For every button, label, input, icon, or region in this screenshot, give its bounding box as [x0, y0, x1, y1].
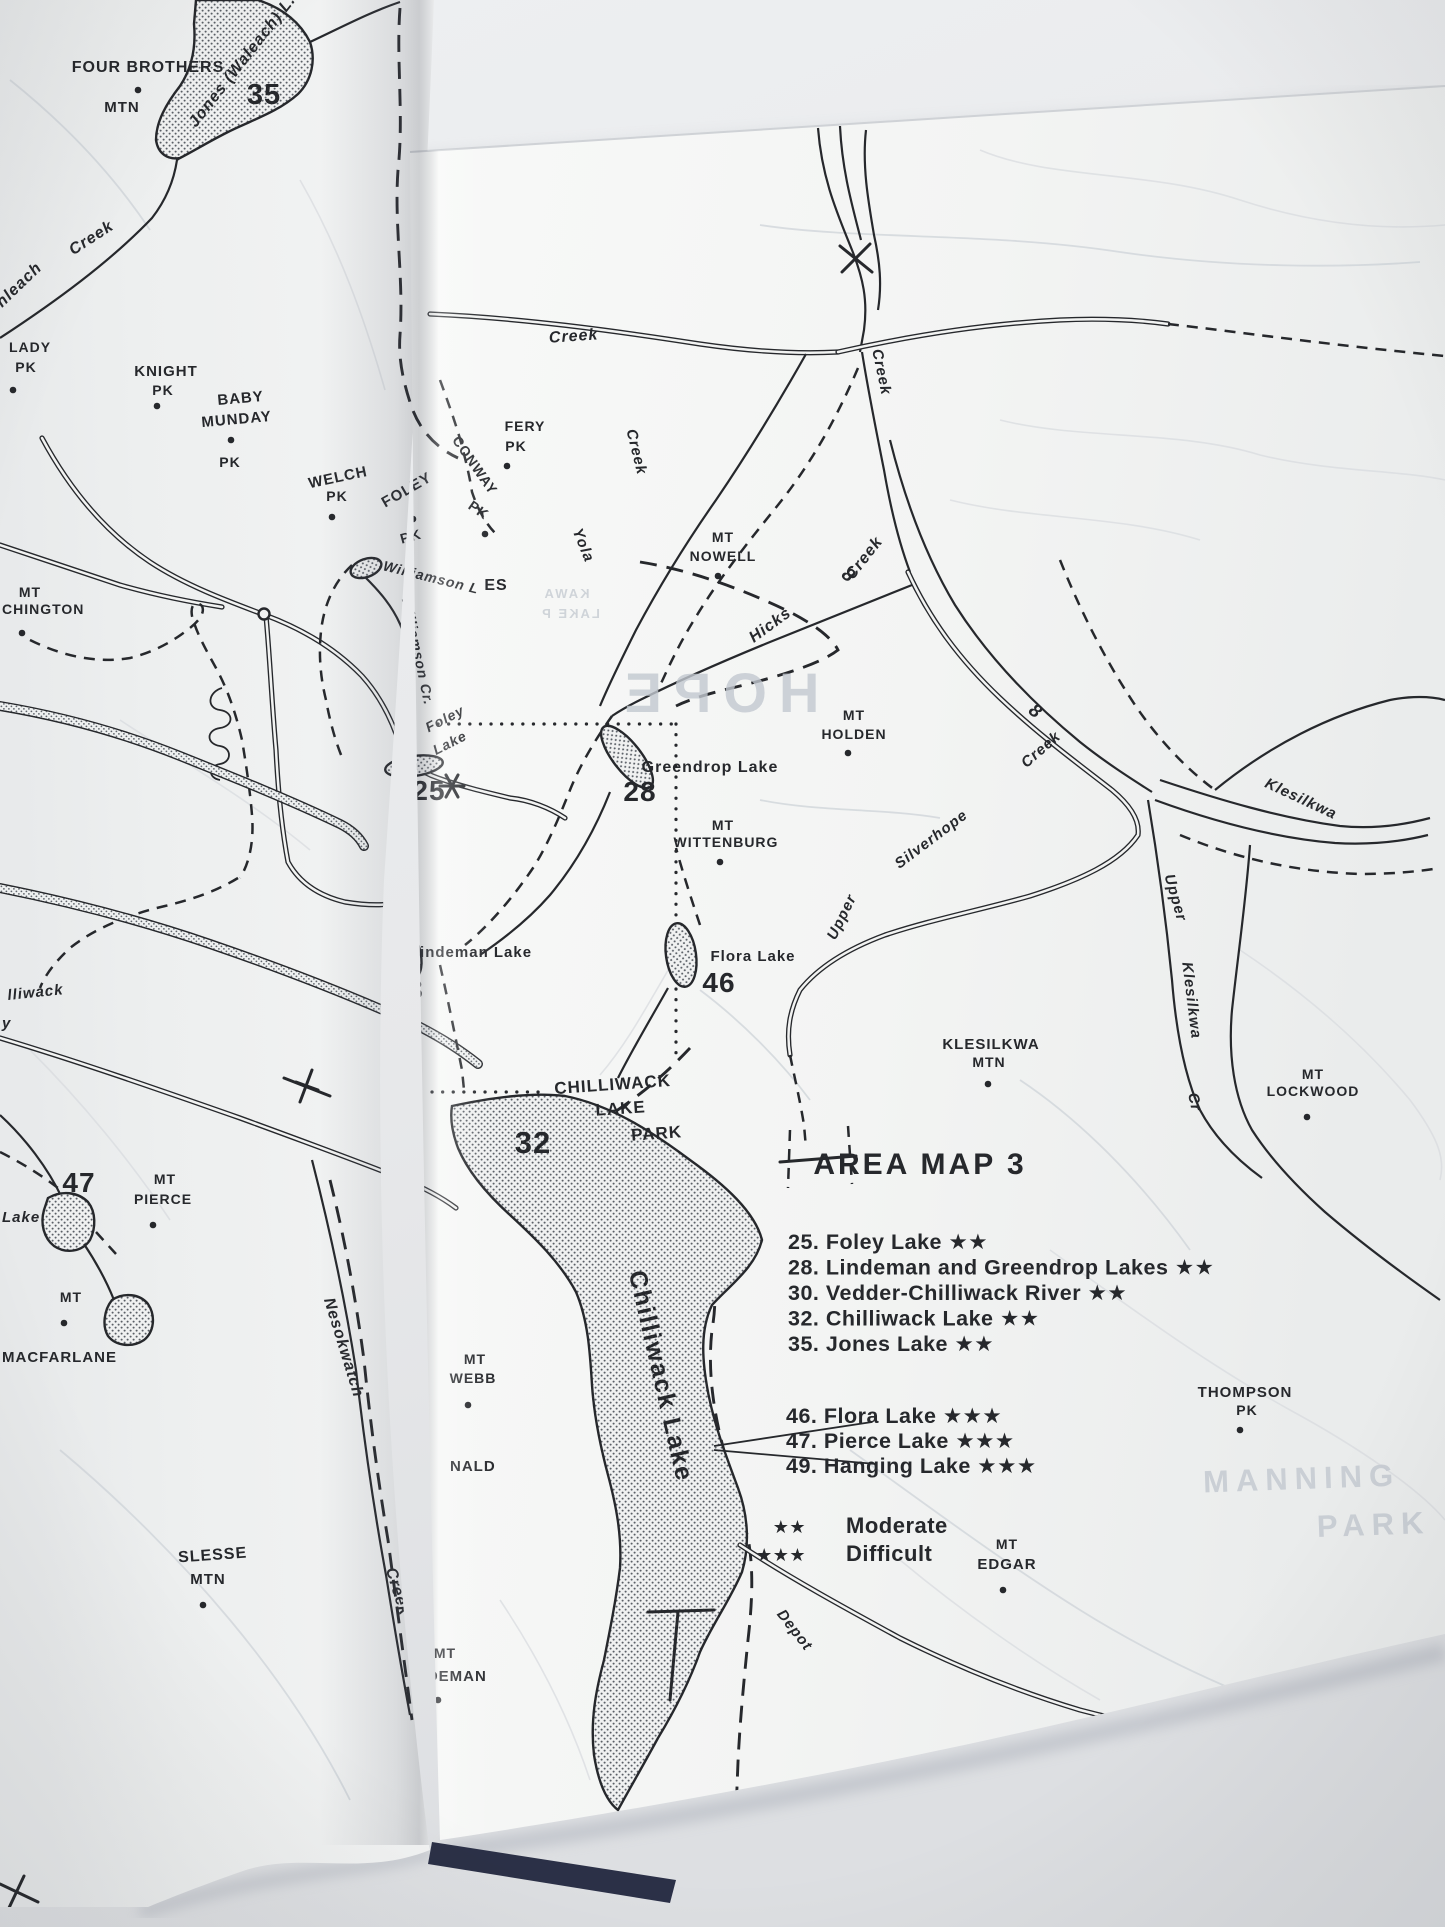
- book-photo-svg: FOUR BROTHERSMTNJones (Waleach) L.35hlea…: [0, 0, 1445, 1927]
- vignette: [0, 0, 1445, 1927]
- book-photo: FOUR BROTHERSMTNJones (Waleach) L.35hlea…: [0, 0, 1445, 1927]
